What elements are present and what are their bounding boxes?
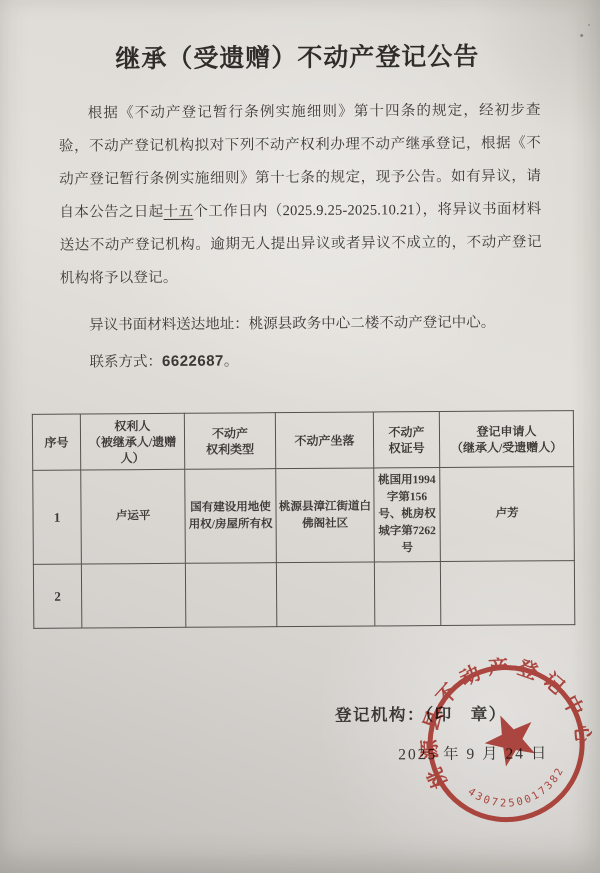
- official-seal-stamp: 桃源县不动产登记中心 4307250017382: [420, 657, 593, 830]
- notice-paragraph: 根据《不动产登记暂行条例实施细则》第十四条的规定，经初步查验，不动产登记机构拟对…: [59, 94, 542, 295]
- header-cell-rightholder: 权利人（被继承人/遗赠人）: [80, 413, 184, 470]
- header-text: 权利类型: [187, 441, 273, 458]
- header-cell-applicant: 登记申请人（继承人/受遗赠人）: [439, 411, 573, 468]
- table-row: 2: [33, 561, 574, 629]
- paper-sheet: 继承（受遗赠）不动产登记公告 根据《不动产登记暂行条例实施细则》第十四条的规定，…: [0, 0, 600, 873]
- cell-row2-rightholder: [81, 563, 185, 628]
- document-photo: 继承（受遗赠）不动产登记公告 根据《不动产登记暂行条例实施细则》第十四条的规定，…: [0, 0, 600, 873]
- table-row: 1 卢运平 国有建设用地使用权/房屋所有权 桃源县漳江街道白佛阁社区 桃国用19…: [33, 467, 575, 565]
- header-cell-serial: 序号: [32, 414, 80, 470]
- address-line: 异议书面材料送达地址：桃源县政务中心二楼不动产登记中心。: [60, 306, 560, 342]
- underlined-duration: 十五: [164, 204, 194, 220]
- cell-row2-applicant: [440, 561, 574, 626]
- contact-suffix: 。: [224, 353, 239, 369]
- cell-row2-serial: 2: [33, 564, 81, 628]
- header-text: （被继承人/遗赠人）: [83, 433, 182, 466]
- rights-table: 序号 权利人（被继承人/遗赠人） 不动产权利类型 不动产坐落 不动产权证号 登记…: [32, 410, 575, 629]
- seal-serial-number: 4307250017382: [464, 762, 574, 820]
- seal-star-icon: [477, 705, 544, 771]
- cell-row1-applicant: 卢芳: [440, 467, 575, 562]
- cell-row2-cert-no: [374, 562, 440, 626]
- cell-row1-rightholder: 卢运平: [81, 469, 186, 564]
- header-text: （继承人/受遗赠人）: [442, 439, 571, 456]
- header-text: 序号: [35, 434, 78, 450]
- header-text: 不动产坐落: [278, 432, 371, 449]
- contact-label: 联系方式：: [89, 354, 162, 371]
- cell-row1-serial: 1: [33, 470, 82, 564]
- page-title: 继承（受遗赠）不动产登记公告: [0, 36, 597, 76]
- svg-text:4307250017382: 4307250017382: [464, 762, 574, 820]
- cell-row1-location: 桃源县漳江街道白佛阁社区: [276, 468, 375, 563]
- cell-row1-right-type: 国有建设用地使用权/房屋所有权: [185, 469, 277, 564]
- header-cell-right-type: 不动产权利类型: [184, 413, 275, 470]
- header-text: 权利人: [83, 417, 182, 434]
- contact-line: 联系方式：6622687。: [60, 342, 560, 379]
- paper-speck: [588, 24, 590, 26]
- cell-row2-right-type: [185, 563, 276, 628]
- paper-speck: [580, 34, 583, 37]
- header-cell-location: 不动产坐落: [275, 412, 373, 469]
- header-text: 登记申请人: [442, 423, 571, 440]
- contact-number: 6622687: [162, 353, 224, 370]
- cell-row1-cert-no: 桃国用1994字第156号、桃房权城字第7262号: [374, 468, 441, 562]
- cell-row2-location: [276, 562, 374, 627]
- header-text: 权证号: [376, 440, 437, 456]
- table-header-row: 序号 权利人（被继承人/遗赠人） 不动产权利类型 不动产坐落 不动产权证号 登记…: [32, 411, 573, 471]
- header-text: 不动产: [187, 425, 273, 442]
- header-cell-cert-no: 不动产权证号: [373, 412, 439, 468]
- header-text: 不动产: [376, 424, 437, 440]
